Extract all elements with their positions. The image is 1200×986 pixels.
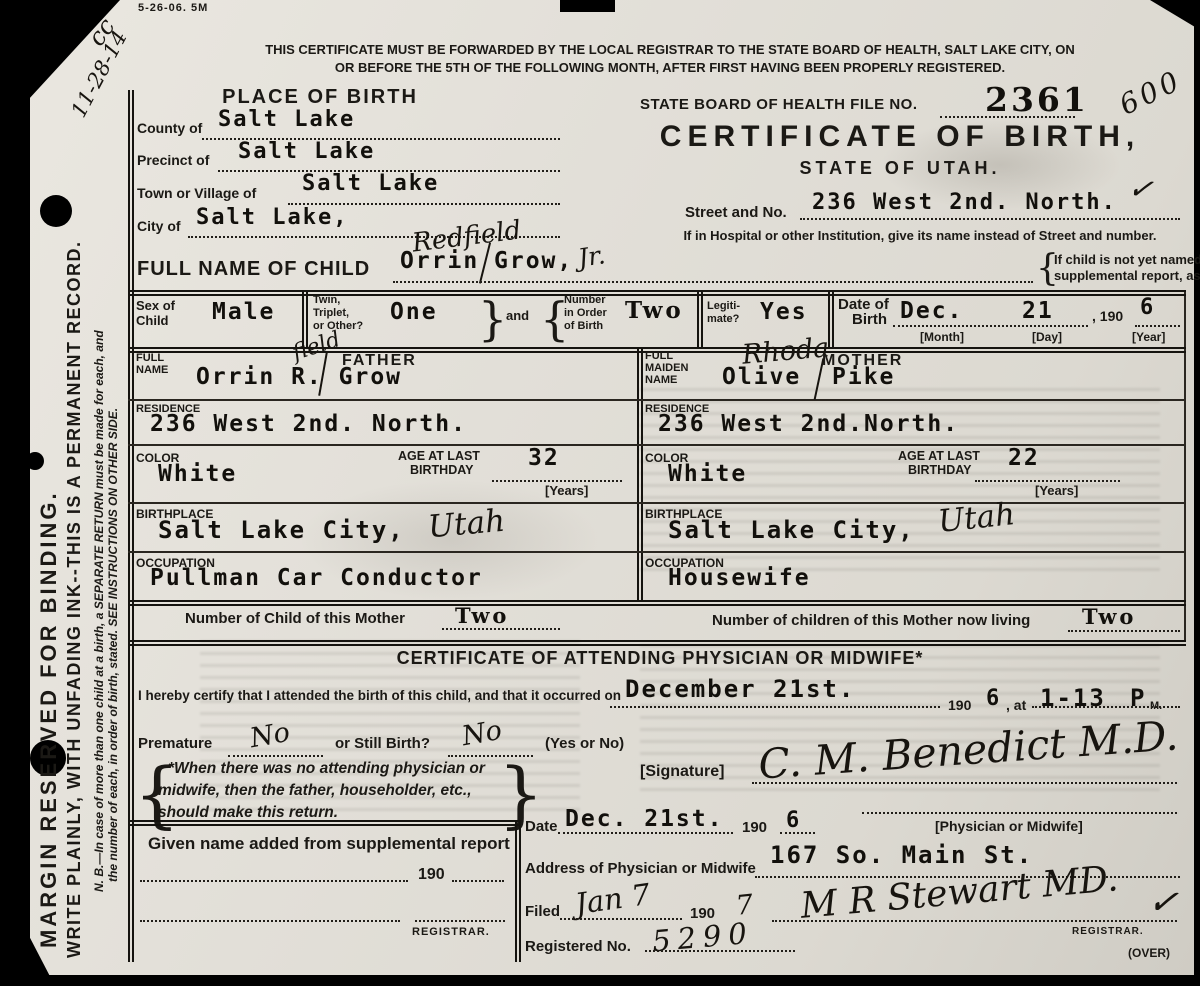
sex-label-line1: Sex of — [136, 298, 175, 313]
certify-at-label: , at — [1006, 697, 1026, 713]
physician-midwife-line — [862, 812, 1177, 814]
and-label: and — [506, 308, 529, 323]
father-age-label-line1: AGE AT LAST — [398, 449, 480, 463]
supplemental-label: Given name added from supplemental repor… — [148, 834, 510, 854]
father-age-line — [492, 480, 622, 482]
notice-line1: THIS CERTIFICATE MUST BE FORWARDED BY TH… — [150, 42, 1190, 57]
scan-top-nick — [560, 0, 615, 12]
mother-color-value: White — [668, 461, 747, 487]
county-value: Salt Lake — [218, 107, 355, 132]
mother-age-label-line1: AGE AT LAST — [898, 449, 980, 463]
children-count-line — [442, 628, 560, 630]
month-bracket: [Month] — [920, 330, 964, 344]
twin-label-line3: or Other? — [313, 320, 363, 332]
city-value: Salt Lake, — [196, 205, 348, 230]
town-label: Town or Village of — [137, 185, 256, 201]
twin-label-line2: Triplet, — [313, 307, 349, 319]
father-birthplace-handwritten: Utah — [427, 503, 507, 546]
children-living-value: Two — [1082, 604, 1136, 629]
no-attendant-note-line2: midwife, then the father, householder, e… — [158, 782, 472, 800]
twin-label-line1: Twin, — [313, 294, 340, 306]
child-name-label: FULL NAME OF CHILD — [137, 258, 370, 281]
registrar-label-right: REGISTRAR. — [1072, 926, 1144, 937]
dob-line — [893, 325, 1088, 327]
rule — [128, 290, 1186, 296]
certify-year-prefix: 190 — [948, 697, 971, 713]
supplemental-year: 190 — [418, 866, 445, 884]
rule — [128, 640, 1186, 646]
notice-line2: OR BEFORE THE 5TH OF THE FOLLOWING MONTH… — [150, 60, 1190, 75]
father-occupation-value: Pullman Car Conductor — [150, 565, 483, 591]
form-right-border — [1184, 292, 1186, 640]
margin-binding-text: MARGIN RESERVED FOR BINDING. — [36, 490, 62, 948]
filed-date-year-line — [780, 832, 815, 834]
premature-line — [228, 755, 323, 757]
certify-text: I hereby certify that I attended the bir… — [138, 688, 621, 703]
sex-value: Male — [212, 299, 275, 325]
certify-time-line — [1032, 706, 1180, 708]
check-mark-bottom: ✓ — [1146, 881, 1180, 925]
registered-no-line — [645, 950, 795, 952]
check-mark-top: ✓ — [1126, 170, 1156, 208]
certify-date-line — [610, 706, 940, 708]
no-attendant-note-line1: *When there was no attending physician o… — [168, 760, 485, 778]
rule — [128, 502, 1184, 504]
precinct-value: Salt Lake — [238, 139, 375, 164]
and-brace-close: } — [478, 292, 507, 346]
footer-divider — [515, 820, 521, 962]
city-label: City of — [137, 218, 181, 234]
place-of-birth-title: PLACE OF BIRTH — [170, 86, 470, 109]
father-birthplace-value: Salt Lake City, — [158, 516, 405, 544]
dob-year-digit: 6 — [1140, 295, 1155, 320]
father-age-value: 32 — [528, 445, 560, 471]
physician-section-title: CERTIFICATE OF ATTENDING PHYSICIAN OR MI… — [200, 648, 1120, 669]
registrar-line-left2 — [415, 920, 505, 922]
mother-age-label-line2: BIRTHDAY — [908, 463, 971, 477]
address-value: 167 So. Main St. — [770, 841, 1033, 869]
child-name-line — [393, 281, 1033, 283]
mother-years-bracket: [Years] — [1035, 483, 1078, 498]
rule — [128, 551, 1184, 553]
certify-date-value: December 21st. — [625, 675, 855, 703]
unnamed-note-line2: supplemental report, as directed — [1054, 268, 1200, 283]
registered-no-label: Registered No. — [525, 938, 631, 955]
divider — [697, 292, 703, 347]
supplemental-line1 — [140, 880, 408, 882]
mother-name-label-line3: NAME — [645, 374, 677, 386]
filed-label: Filed — [525, 903, 560, 920]
order-value: Two — [625, 297, 684, 324]
mother-name-first: Olive — [722, 364, 801, 390]
mother-name-label-line1: FULL — [645, 350, 673, 362]
day-bracket: [Day] — [1032, 330, 1062, 344]
mother-name-rest: Pike — [832, 364, 895, 390]
children-count-label: Number of Child of this Mother — [185, 610, 405, 627]
scan-bottom-edge — [0, 975, 1200, 986]
punch-hole — [40, 195, 72, 227]
child-name-first: Orrin — [400, 248, 479, 274]
rule — [128, 600, 1186, 606]
certificate-subtitle: STATE OF UTAH. — [620, 158, 1180, 179]
street-value: 236 West 2nd. North. — [812, 190, 1117, 215]
children-living-label: Number of children of this Mother now li… — [712, 612, 1030, 629]
town-value: Salt Lake — [302, 171, 439, 196]
filed-date-label: Date — [525, 818, 558, 835]
filed-date-year-prefix: 190 — [742, 819, 767, 836]
mother-age-value: 22 — [1008, 445, 1040, 471]
registrar-line-right — [772, 920, 1177, 922]
street-line — [800, 218, 1180, 220]
order-label-line1: Number — [564, 294, 606, 306]
legitimate-label-line1: Legiti- — [707, 300, 740, 312]
form-code: 5-26-06. 5M — [138, 2, 208, 14]
father-name-label-line2: NAME — [136, 364, 168, 376]
mother-occupation-value: Housewife — [668, 565, 811, 591]
divider — [828, 292, 834, 347]
filed-line — [560, 918, 682, 920]
parent-column-divider — [637, 347, 643, 600]
scanned-birth-certificate: MARGIN RESERVED FOR BINDING. WRITE PLAIN… — [0, 0, 1200, 986]
children-count-value: Two — [455, 603, 509, 628]
father-residence-value: 236 West 2nd. North. — [150, 411, 467, 437]
filed-date-line — [558, 832, 733, 834]
precinct-label: Precinct of — [137, 152, 209, 168]
margin-nb-note-line1: N. B.—In case of more than one child at … — [92, 330, 106, 892]
children-living-line — [1068, 630, 1180, 632]
filed-date-year-digit: 6 — [786, 808, 801, 833]
father-years-bracket: [Years] — [545, 483, 588, 498]
dob-label-line2: Birth — [852, 311, 887, 328]
father-color-value: White — [158, 461, 237, 487]
punch-hole — [26, 452, 44, 470]
child-name-suffix: Jr. — [576, 240, 607, 273]
filed-date-value: Dec. 21st. — [565, 806, 723, 832]
file-no-label: STATE BOARD OF HEALTH FILE NO. — [640, 96, 918, 113]
over-label: (OVER) — [1128, 946, 1170, 960]
dob-month-value: Dec. — [900, 298, 963, 324]
mother-name-label-line2: MAIDEN — [645, 362, 688, 374]
sex-label-line2: Child — [136, 313, 169, 328]
dob-year-line — [1135, 325, 1180, 327]
certify-year-digit: 6 — [986, 686, 1001, 711]
yes-no-label: (Yes or No) — [545, 735, 624, 752]
street-label: Street and No. — [685, 204, 787, 221]
stillbirth-label: or Still Birth? — [335, 735, 430, 752]
dob-year-prefix: , 190 — [1092, 308, 1123, 324]
scan-right-edge — [1194, 0, 1200, 986]
physician-midwife-bracket: [Physician or Midwife] — [935, 818, 1083, 834]
child-name-rest: Grow, — [494, 248, 573, 274]
county-label: County of — [137, 120, 202, 136]
father-name-label-line1: FULL — [136, 352, 164, 364]
file-no-value: 2361 — [985, 80, 1089, 119]
father-age-label-line2: BIRTHDAY — [410, 463, 473, 477]
margin-ink-text: WRITE PLAINLY, WITH UNFADING INK--THIS I… — [64, 240, 85, 958]
unnamed-note-line1: If child is not yet named, make — [1054, 252, 1200, 267]
legitimate-label-line2: mate? — [707, 313, 739, 325]
rule — [128, 820, 520, 826]
premature-label: Premature — [138, 735, 212, 752]
father-name-value: Orrin R. Grow — [196, 364, 402, 390]
order-label-line2: in Order — [564, 307, 607, 319]
registrar-line-left — [140, 920, 400, 922]
certificate-title: CERTIFICATE OF BIRTH, — [620, 120, 1180, 154]
mother-residence-value: 236 West 2nd.North. — [658, 411, 959, 437]
rule — [128, 399, 1184, 401]
registrar-label-left: REGISTRAR. — [412, 926, 490, 938]
address-label: Address of Physician or Midwife — [525, 860, 756, 877]
order-label-line3: of Birth — [564, 320, 603, 332]
supplemental-line2 — [452, 880, 504, 882]
hospital-note: If in Hospital or other Institution, giv… — [660, 228, 1180, 243]
legitimate-value: Yes — [760, 299, 808, 325]
scan-left-edge — [0, 0, 30, 986]
mother-birthplace-value: Salt Lake City, — [668, 516, 915, 544]
margin-nb-note-line2: the number of each, in order of birth, s… — [106, 408, 120, 882]
dob-day-value: 21 — [1022, 298, 1054, 324]
signature-label: [Signature] — [640, 763, 724, 781]
twin-value: One — [390, 299, 438, 325]
mother-age-line — [975, 480, 1120, 482]
year-bracket: [Year] — [1132, 330, 1165, 344]
